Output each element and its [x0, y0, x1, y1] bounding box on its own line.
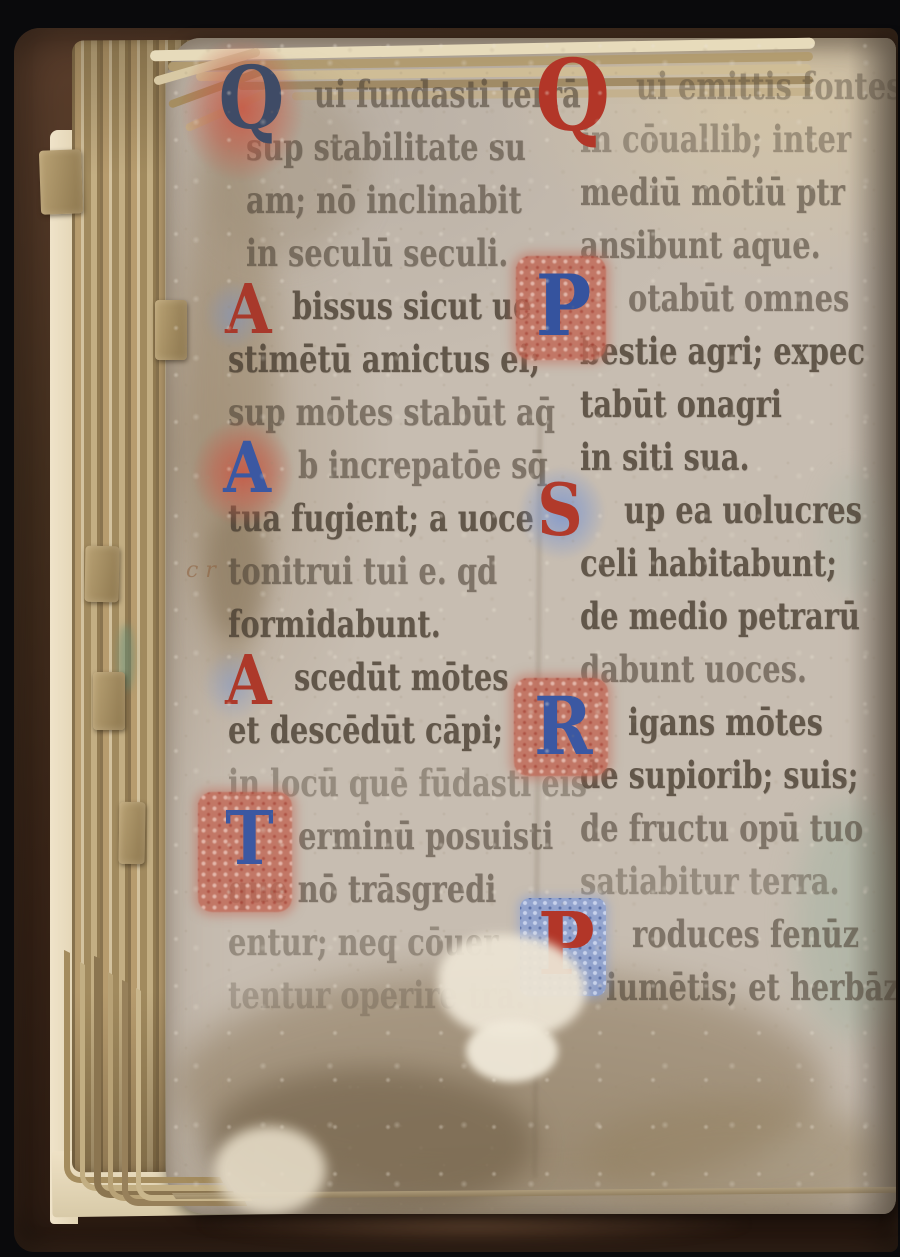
marginal-mark: c r	[186, 558, 216, 583]
verse-line: satiabitur terra.	[580, 855, 892, 908]
verse-line: am; nō inclinabit	[228, 174, 550, 227]
bookmark-tab	[118, 802, 145, 864]
stain	[586, 1098, 886, 1214]
manuscript-page: c r Q ui fundasti terrā sup stabilitate …	[166, 38, 896, 1214]
verse-line: mediū mōtiū ptr	[580, 166, 892, 219]
verse-line: celi habitabunt;	[580, 537, 892, 590]
verse-line: igans mōtes	[580, 696, 892, 749]
verse-line: de supiorib; suis;	[580, 749, 892, 802]
manuscript-photo: c r Q ui fundasti terrā sup stabilitate …	[0, 0, 900, 1257]
bookmark-tab	[93, 672, 125, 730]
verse-line: ui emittis fontes	[580, 60, 892, 113]
illuminated-initial: R	[530, 686, 596, 766]
verse-line: tonitrui tui e. qd	[228, 545, 550, 598]
verse-line: in siti sua.	[580, 431, 892, 484]
initial-letter: Q	[535, 48, 610, 146]
verse-line: de fructu opū tuo	[580, 802, 892, 855]
verse-line: de medio petrarū	[580, 590, 892, 643]
bookmark-tab	[39, 149, 83, 214]
illuminated-initial: Q	[214, 56, 289, 142]
initial-letter: A	[225, 647, 271, 715]
damage-white-patch	[214, 1126, 326, 1214]
illuminated-initial: Q	[530, 48, 615, 146]
verse-line: bissus sicut ue	[228, 280, 550, 333]
damage-white-patch	[466, 1020, 558, 1082]
gutter-shadow	[848, 38, 896, 1214]
verse-line: in cōuallib; inter	[580, 113, 892, 166]
bookmark-tab	[155, 300, 187, 360]
illuminated-initial: A	[220, 433, 274, 503]
verse: R igans mōtes de supiorib; suis; de fruc…	[580, 696, 892, 908]
verse: S up ea uolucres celi habitabunt; de med…	[580, 484, 892, 696]
illuminated-initial: A	[222, 647, 275, 715]
illuminated-initial: S	[534, 474, 586, 546]
verse-line: bestie agri; expec	[580, 325, 892, 378]
verse-line: formidabunt.	[228, 598, 550, 651]
verse-line: in seculū seculi.	[228, 227, 550, 280]
verse: Q ui emittis fontes in cōuallib; inter m…	[580, 60, 892, 272]
initial-letter: Q	[218, 56, 284, 142]
verse-line: tabūt onagri	[580, 378, 892, 431]
verse-line: ansibunt aque.	[580, 219, 892, 272]
illuminated-initial: P	[532, 264, 595, 348]
initial-letter: S	[537, 474, 583, 546]
verse-line: roduces fenūz	[580, 908, 892, 961]
verse-line: stimētū amictus ei;	[228, 333, 550, 386]
verse: P otabūt omnes bestie agri; expec tabūt …	[580, 272, 892, 484]
initial-letter: A	[225, 276, 271, 344]
initial-letter: R	[534, 686, 593, 766]
initial-letter: P	[536, 264, 592, 348]
verse: A bissus sicut ue stimētū amictus ei; su…	[228, 280, 550, 439]
text-column-left: Q ui fundasti terrā sup stabilitate su a…	[228, 68, 550, 1022]
initial-letter: A	[223, 433, 271, 503]
bookmark-tab	[85, 546, 120, 603]
illuminated-initial: A	[222, 276, 275, 344]
verse-line: dabunt uoces.	[580, 643, 892, 696]
text-column-right: Q ui emittis fontes in cōuallib; inter m…	[580, 60, 892, 1014]
verse-line: scedūt mōtes	[228, 651, 550, 704]
verse-line: otabūt omnes	[580, 272, 892, 325]
verse: A scedūt mōtes et descēdūt cāpi; in locū…	[228, 651, 550, 810]
verse-line: et descēdūt cāpi;	[228, 704, 550, 757]
verse-line: up ea uolucres	[580, 484, 892, 537]
verse: P roduces fenūz iumētis; et herbāz	[580, 908, 892, 1014]
verse-line: iumētis; et herbāz	[580, 961, 892, 1014]
illuminated-initial: T	[222, 802, 277, 876]
initial-letter: T	[225, 802, 273, 876]
verse: A b increpatōe sq̄ tua fugient; a uoce t…	[228, 439, 550, 651]
verse: Q ui fundasti terrā sup stabilitate su a…	[228, 68, 550, 280]
